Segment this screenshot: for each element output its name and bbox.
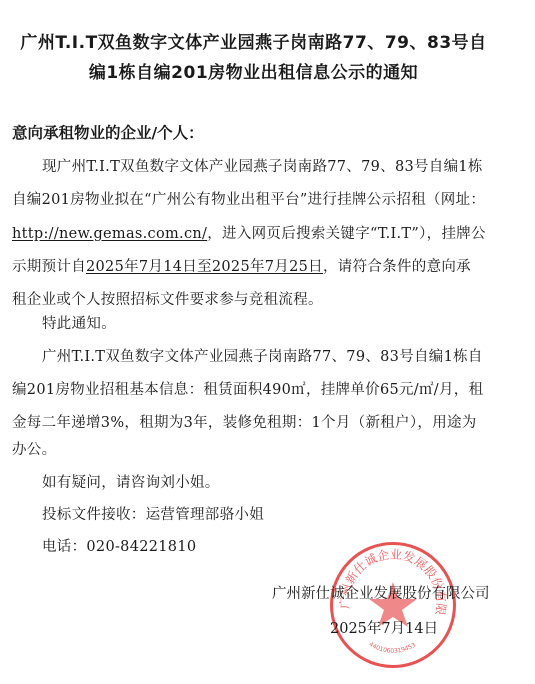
para1-line3-text: ，进入网页后搜索关键字“T.I.T”），挂牌公 xyxy=(207,226,486,242)
para2-line3: 金每二年递增3%，租期为3年，装修免租期：1个月（新租户），用途为 xyxy=(12,411,477,432)
para1-line4: 示期预计自2025年7月14日至2025年7月25日，请符合条件的意向承 xyxy=(12,255,471,276)
seal-star-icon: 广州新仕诚企业发展股份有限公司 4401060319453 xyxy=(330,542,456,668)
company-seal: 广州新仕诚企业发展股份有限公司 4401060319453 xyxy=(330,542,456,668)
signature-company: 广州新仕诚企业发展股份有限公司 xyxy=(272,582,490,603)
para2-line1: 广州T.I.T双鱼数字文体产业园燕子岗南路77、79、83号自编1栋自 xyxy=(42,345,483,366)
para1-line4-post: ，请符合条件的意向承 xyxy=(323,259,471,275)
para1-line5: 租企业或个人按照招标文件要求参与竞租流程。 xyxy=(12,288,323,309)
contact-bid-receipt: 投标文件接收：运营管理部骆小姐 xyxy=(42,503,264,524)
notice-close: 特此通知。 xyxy=(42,312,116,333)
salutation: 意向承租物业的企业/个人： xyxy=(12,121,204,143)
seal-number: 4401060319453 xyxy=(368,641,418,655)
para1-line2: 自编201房物业拟在“广州公有物业出租平台”进行挂牌公示招租（网址： xyxy=(12,188,485,209)
para2-line2: 编201房物业招租基本信息：租赁面积490㎡，挂牌单价65元/㎡/月，租 xyxy=(12,378,483,399)
para1-line1: 现广州T.I.T双鱼数字文体产业园燕子岗南路77、79、83号自编1栋 xyxy=(42,155,483,176)
document-title-line-2: 编1栋自编201房物业出租信息公示的通知 xyxy=(0,58,521,83)
signature-date: 2025年7月14日 xyxy=(330,617,438,638)
document-title-line-1: 广州T.I.T双鱼数字文体产业园燕子岗南路77、79、83号自 xyxy=(0,28,521,53)
para2-line4: 办公。 xyxy=(12,438,56,459)
listing-period: 2025年7月14日至2025年7月25日 xyxy=(86,259,323,275)
svg-text:4401060319453: 4401060319453 xyxy=(368,641,418,655)
contact-phone: 电话：020-84221810 xyxy=(42,535,196,556)
para1-line4-pre: 示期预计自 xyxy=(12,259,86,275)
para1-line3: http://new.gemas.com.cn/，进入网页后搜索关键字“T.I.… xyxy=(12,222,486,243)
contact-inquiry: 如有疑问，请咨询刘小姐。 xyxy=(42,471,220,492)
platform-url-link[interactable]: http://new.gemas.com.cn/ xyxy=(12,226,207,242)
